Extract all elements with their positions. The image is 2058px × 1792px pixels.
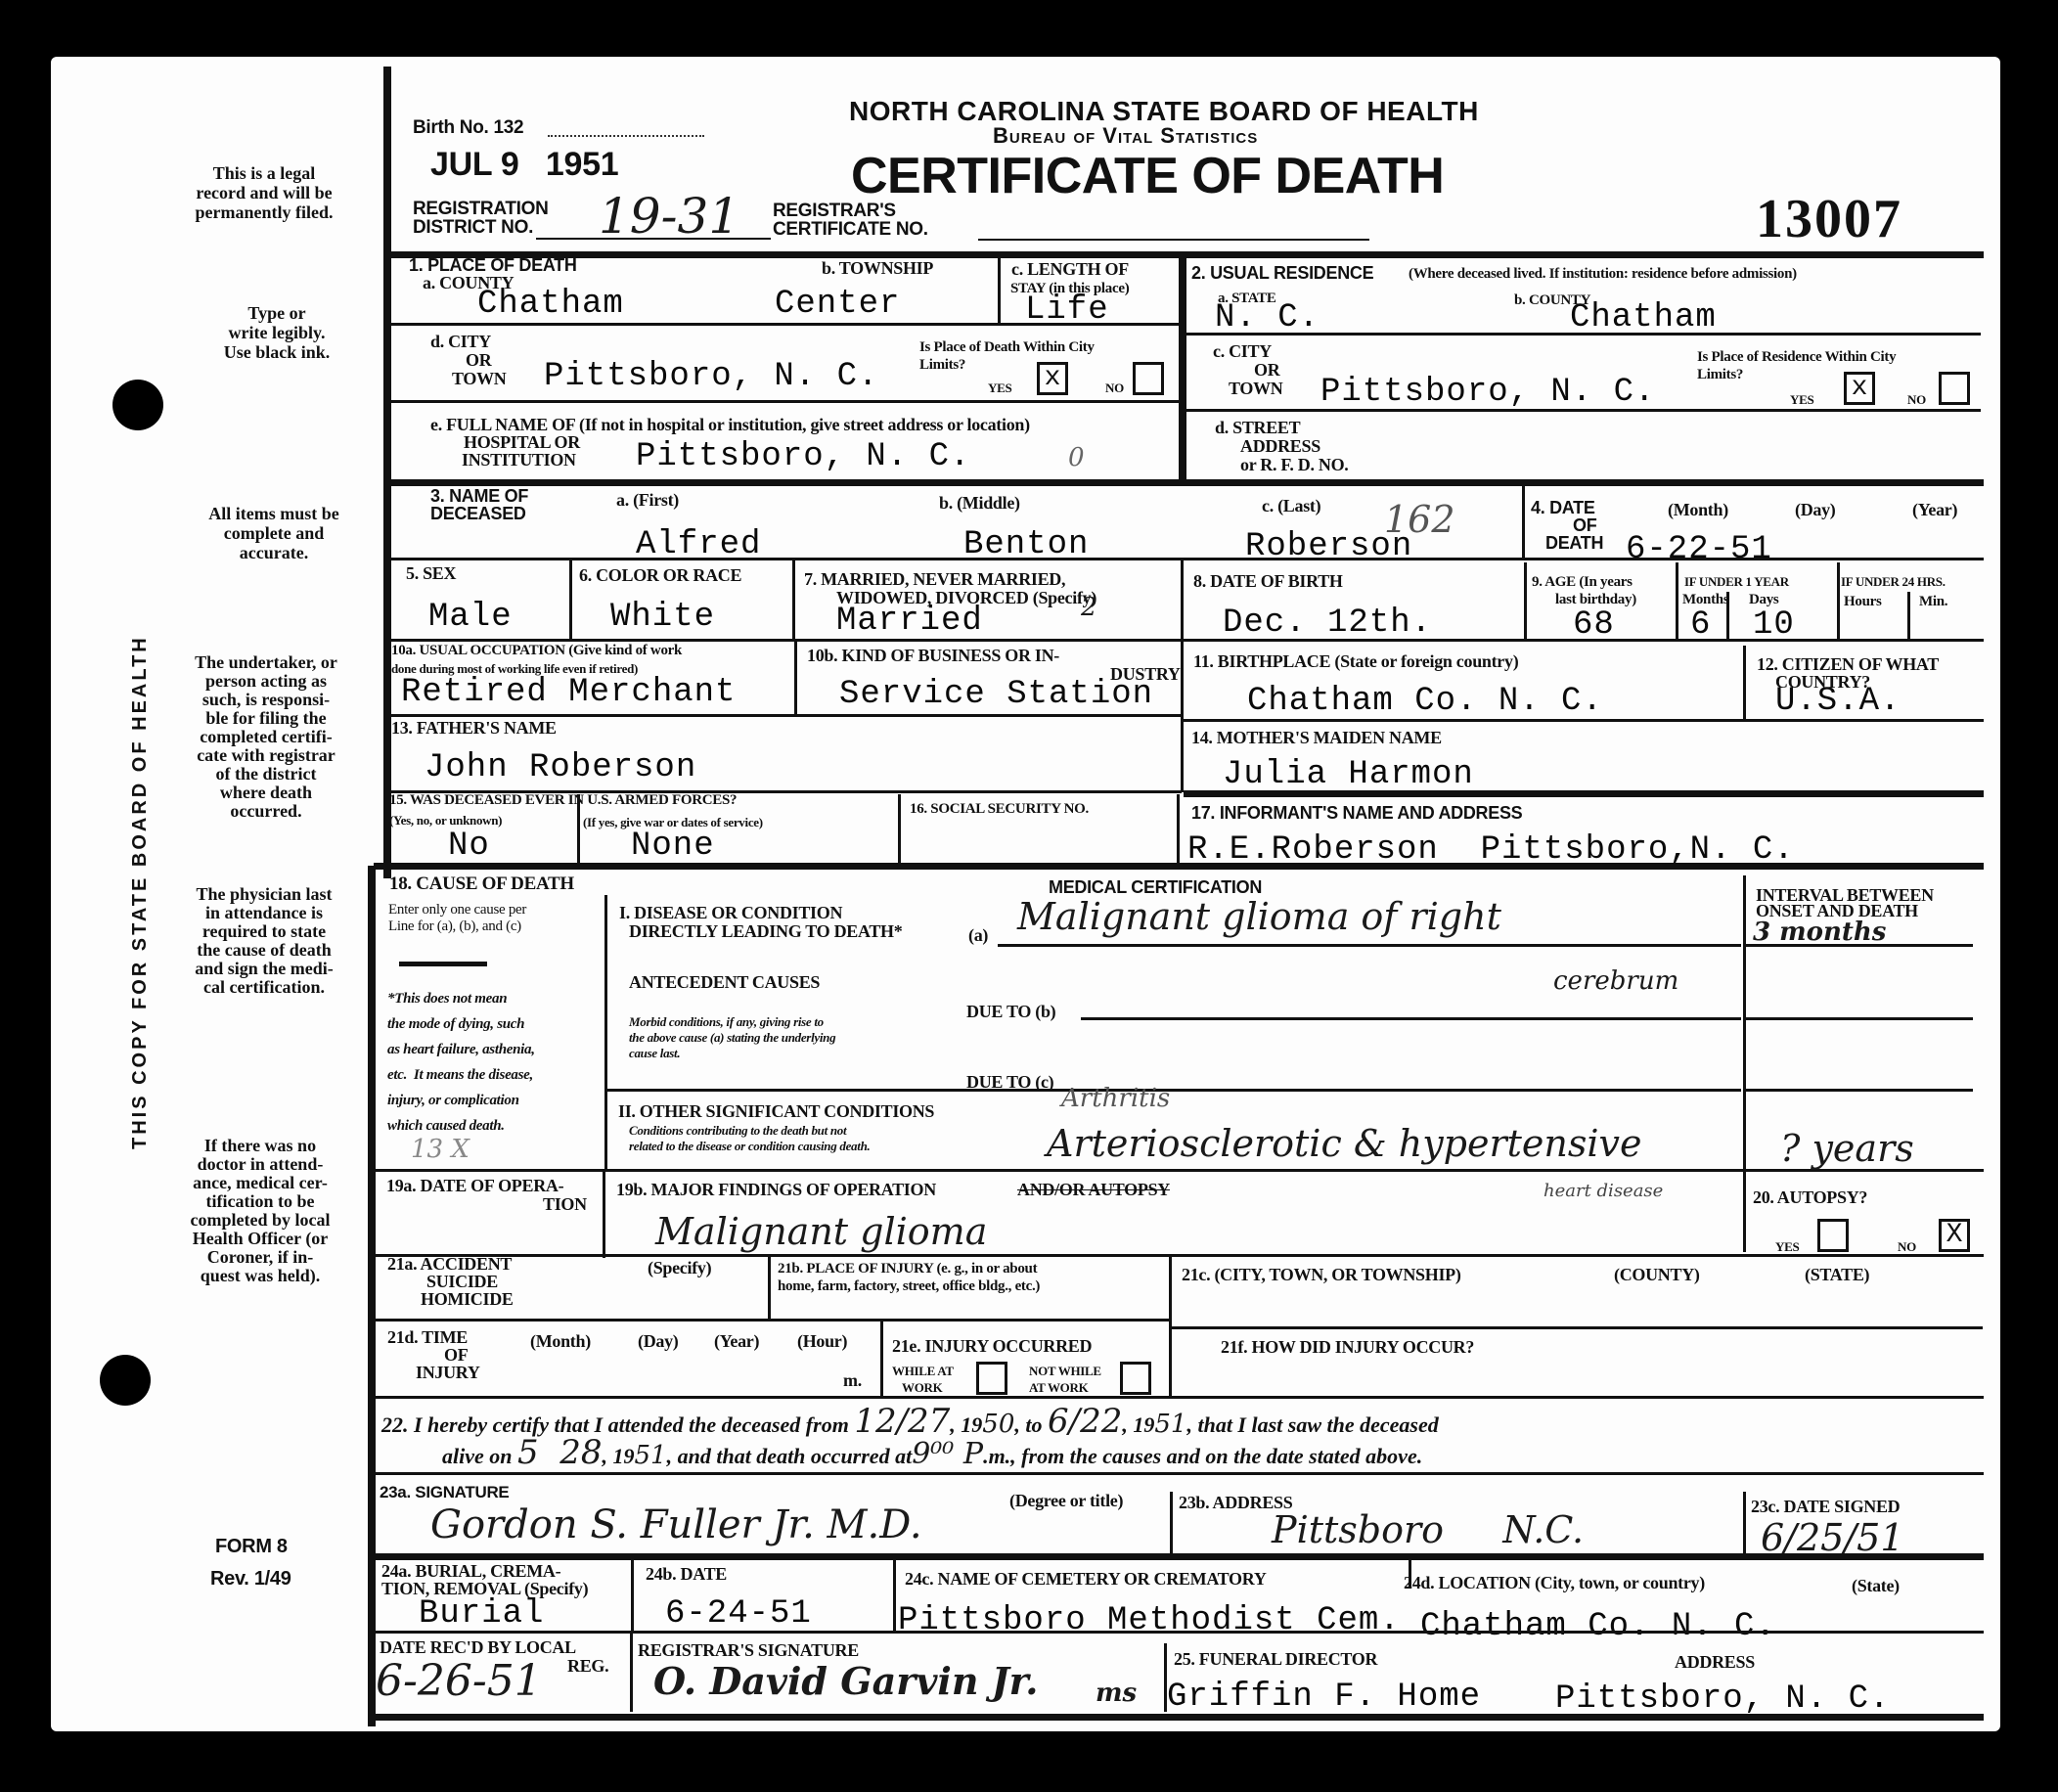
accident-label-1: 21a. ACCIDENT (387, 1255, 512, 1273)
injury-occurred-label: 21e. INJURY OCCURRED (892, 1337, 1092, 1355)
hours-label: Hours (1844, 595, 1882, 609)
injury-time-label-3: INJURY (416, 1364, 480, 1381)
physician-address-value: Pittsboro N.C. (1272, 1511, 1584, 1548)
divider-16-17 (1177, 794, 1180, 863)
divider-date-of-death (1522, 484, 1525, 560)
divider-8-9 (1524, 562, 1527, 641)
operation-date-label-2: TION (543, 1195, 587, 1213)
cert-to-year-prefix: , 19 (1122, 1412, 1154, 1437)
sex-value: Male (428, 601, 513, 634)
age-label-2: last birthday) (1555, 593, 1636, 607)
age-days-value: 10 (1753, 608, 1795, 642)
mother-label: 14. MOTHER'S MAIDEN NAME (1191, 729, 1442, 746)
birthplace-value: Chatham Co. N. C. (1247, 685, 1603, 718)
cause-instructions: Enter only one cause per Line for (a), (… (388, 902, 526, 935)
residence-within-limits-yes-checkbox[interactable]: x (1844, 372, 1875, 405)
marital-mark: 2 (1081, 595, 1097, 620)
divider-cause-column (604, 895, 607, 1169)
funeral-director-value: Griffin F. Home (1167, 1680, 1481, 1714)
date-of-death-value: 6-22-51 (1626, 533, 1772, 566)
burial-state-label: (State) (1852, 1577, 1900, 1594)
under-1-year-label: IF UNDER 1 YEAR (1684, 575, 1789, 588)
date-of-death-label-1: 4. DATE (1531, 499, 1595, 516)
injury-place-label-2: home, farm, factory, street, office bldg… (778, 1279, 1040, 1294)
first-name-label: a. (First) (616, 491, 679, 509)
date-signed-label: 23c. DATE SIGNED (1751, 1498, 1900, 1515)
divider-19a-19b (603, 1172, 605, 1258)
injury-day-label: (Day) (638, 1332, 679, 1350)
divider-section-23 (374, 1472, 1984, 1475)
divider-15-16 (898, 794, 901, 863)
cert-alive-year: 51 (635, 1441, 667, 1470)
death-township-value: Center (775, 288, 900, 321)
findings-label: 19b. MAJOR FINDINGS OF OPERATION (616, 1181, 936, 1198)
death-within-limits-no-checkbox[interactable] (1133, 362, 1164, 395)
line-a-label: (a) (968, 926, 988, 944)
death-city-value: Pittsboro, N. C. (544, 360, 878, 393)
date-received-value: 6-26-51 (376, 1663, 542, 1700)
residence-city-value: Pittsboro, N. C. (1320, 376, 1655, 409)
business-label-1: 10b. KIND OF BUSINESS OR IN- (807, 647, 1059, 664)
age-years-value: 68 (1573, 608, 1615, 642)
antecedent-note: Morbid conditions, if any, giving rise t… (629, 1014, 835, 1061)
divider-24a-24b (631, 1557, 634, 1631)
armed-forces-label-1: 15. WAS DECEASED EVER IN U.S. ARMED FORC… (389, 793, 737, 808)
residence-label: 2. USUAL RESIDENCE (1191, 264, 1373, 282)
armed-forces-value: No (448, 829, 490, 863)
length-of-stay-value: Life (1025, 293, 1109, 327)
divider-11-12 (1743, 646, 1746, 719)
registration-district-label-1: REGISTRATION (413, 201, 549, 218)
cert-from-year: 50 (982, 1410, 1014, 1439)
other-conditions-note: Conditions contributing to the death but… (629, 1123, 870, 1154)
date-received-label-2: REG. (567, 1657, 608, 1675)
date-of-death-label-3: DEATH (1545, 534, 1603, 552)
residence-yes-label: YES (1790, 393, 1813, 406)
place-of-death-label: 1. PLACE OF DEATH (409, 256, 577, 274)
at-work-label-2: WORK (902, 1381, 942, 1394)
cert-alive-label: alive on (442, 1444, 513, 1468)
injury-hour-label: (Hour) (797, 1332, 847, 1350)
death-day-label: (Day) (1795, 501, 1836, 518)
death-county-value: Chatham (477, 288, 624, 321)
occupation-label-1: 10a. USUAL OCCUPATION (Give kind of work (391, 644, 682, 658)
within-limits-yes-label: YES (988, 381, 1011, 394)
findings-value: Malignant glioma (655, 1213, 987, 1250)
form-left-border-top (383, 67, 391, 878)
date-of-death-label-2: OF (1573, 516, 1596, 534)
divider-section-25 (374, 1631, 1984, 1634)
line-cause-c (606, 1089, 1741, 1092)
cause-of-death-label: 18. CAUSE OF DEATH (389, 875, 574, 893)
line-cause-a (998, 944, 1741, 947)
hospital-mark: 0 (1068, 445, 1085, 470)
age-months-value: 6 (1690, 608, 1711, 642)
cert-to-label: , to (1014, 1412, 1042, 1437)
sidebar-note-physician: The physician last in attendance is requ… (166, 885, 362, 997)
dob-label: 8. DATE OF BIRTH (1193, 572, 1343, 590)
autopsy-yes-label: YES (1775, 1240, 1799, 1253)
business-value: Service Station (839, 678, 1153, 711)
birth-number-line (548, 135, 704, 137)
injury-place-label-1: 21b. PLACE OF INJURY (e. g., in or about (778, 1262, 1037, 1277)
cert-from-date: 12/27 (854, 1402, 950, 1441)
race-value: White (610, 601, 715, 634)
ssn-label: 16. SOCIAL SECURITY NO. (910, 802, 1089, 817)
divider-10a-10b (794, 641, 797, 714)
findings-struck-label: AND/OR AUTOPSY (1017, 1181, 1170, 1198)
registration-district-number: 19-31 (599, 192, 739, 241)
birthplace-label: 11. BIRTHPLACE (State or foreign country… (1193, 652, 1518, 670)
cert-text-4: .m., from the causes and on the date sta… (983, 1444, 1422, 1468)
operation-date-label-1: 19a. DATE OF OPERA- (386, 1177, 563, 1194)
interval-other-value: ? years (1780, 1130, 1914, 1167)
injury-m-label: m. (843, 1371, 862, 1389)
burial-date-value: 6-24-51 (665, 1597, 812, 1631)
citizen-value: U.S.A. (1775, 685, 1901, 718)
autopsy-no-label: NO (1898, 1240, 1916, 1253)
registrar-cert-line (978, 239, 1369, 241)
deceased-name-label-1: 3. NAME OF (430, 487, 528, 505)
middle-name-label: b. (Middle) (939, 494, 1020, 512)
age-label-1: 9. AGE (In years (1532, 575, 1633, 590)
certificate-number: 13007 (1756, 192, 1902, 246)
divider-23b-23c (1743, 1492, 1746, 1560)
hospital-label-1: e. FULL NAME OF (If not in hospital or i… (430, 416, 1030, 433)
within-limits-label-1: Is Place of Death Within City (919, 340, 1095, 355)
disease-label-1: I. DISEASE OR CONDITION (619, 904, 842, 921)
divider-section-21 (374, 1254, 1984, 1257)
certification-line-2: alive on 5 28, 1951, and that death occu… (442, 1440, 1422, 1469)
form-number: FORM 8 (215, 1538, 288, 1555)
divider-23a-23b (1170, 1492, 1173, 1560)
last-name-label: c. (Last) (1262, 497, 1320, 515)
residence-note: (Where deceased lived. If institution: r… (1409, 267, 1797, 282)
dob-value: Dec. 12th. (1223, 606, 1432, 640)
cert-death-time: 9⁰⁰ P (912, 1437, 983, 1471)
divider-section-3 (387, 479, 1984, 486)
cert-text-3: , and that death occurred at (667, 1444, 913, 1468)
marital-value: Married (836, 605, 983, 638)
received-stamp-date: JUL 9 1951 (430, 147, 618, 182)
date-received-label-1: DATE REC'D BY LOCAL (380, 1638, 576, 1656)
autopsy-no-checkbox[interactable]: X (1939, 1219, 1970, 1252)
divider-1bc (998, 254, 1001, 323)
length-of-stay-label-1: c. LENGTH OF (1011, 260, 1129, 278)
registrar-signature-value: O. David Garvin Jr. (653, 1663, 1038, 1700)
residence-within-limits-no-checkbox[interactable] (1939, 372, 1970, 405)
cause-note-rule (399, 962, 487, 966)
cert-text-1: 22. I hereby certify that I attended the… (381, 1412, 849, 1437)
cert-alive-date: 5 28 (517, 1433, 603, 1472)
residence-city-label-3: TOWN (1229, 380, 1282, 397)
injury-at-work-checkbox[interactable] (976, 1362, 1007, 1395)
divider-row-10 (387, 639, 1984, 642)
armed-service-value: None (631, 829, 715, 863)
form-left-border-bottom (368, 866, 376, 1726)
death-year-label: (Year) (1912, 501, 1957, 518)
divider-received-registrar (630, 1634, 633, 1712)
divider-1d (387, 400, 1180, 403)
divider-hours-min (1907, 592, 1910, 641)
street-label-3: or R. F. D. NO. (1240, 456, 1349, 473)
other-conditions-label: II. OTHER SIGNIFICANT CONDITIONS (618, 1102, 934, 1120)
armed-forces-label-2: (Yes, no, or unknown) (389, 814, 502, 827)
specify-label: (Specify) (648, 1259, 711, 1277)
death-month-label: (Month) (1668, 501, 1728, 518)
injury-county-label: (COUNTY) (1614, 1266, 1700, 1283)
cemetery-label: 24c. NAME OF CEMETERY OR CREMATORY (905, 1570, 1267, 1588)
residence-limits-label-2: Limits? (1697, 368, 1743, 382)
citizen-label-1: 12. CITIZEN OF WHAT (1757, 655, 1939, 673)
sidebar-vertical-text: THIS COPY FOR STATE BOARD OF HEALTH (129, 635, 152, 1149)
injury-how-label: 21f. HOW DID INJURY OCCUR? (1221, 1338, 1474, 1356)
medical-certification-heading: MEDICAL CERTIFICATION (1049, 878, 1262, 896)
name-annotation: 162 (1384, 501, 1455, 538)
street-label-1: d. STREET (1215, 419, 1300, 436)
registration-district-line (536, 238, 771, 240)
divider-21a-21b (768, 1256, 771, 1320)
hospital-value: Pittsboro, N. C. (636, 440, 970, 473)
bureau-name: Bureau of Vital Statistics (993, 123, 1258, 149)
due-to-b-label: DUE TO (b) (966, 1003, 1055, 1020)
divider-9-months (1676, 562, 1678, 641)
first-name-value: Alfred (636, 528, 761, 561)
residence-limits-label-1: Is Place of Residence Within City (1697, 350, 1896, 365)
middle-name-value: Benton (963, 528, 1089, 561)
injury-time-label-2: OF (444, 1346, 468, 1364)
registrar-initials: ms (1096, 1680, 1137, 1706)
due-to-c-label: DUE TO (c) (966, 1073, 1053, 1091)
other-condition-value: Arteriosclerotic & hypertensive (1047, 1125, 1641, 1162)
under-24-hours-label: IF UNDER 24 HRS. (1841, 575, 1946, 588)
divider-interval-column (1743, 875, 1746, 1252)
burial-method-value: Burial (419, 1597, 544, 1631)
burial-location-value: Chatham Co. N. C. (1420, 1610, 1776, 1643)
injury-state-label: (STATE) (1805, 1266, 1869, 1283)
city-label-2: OR (466, 351, 491, 369)
registrar-cert-label-2: CERTIFICATE NO. (773, 221, 928, 239)
signature-label: 23a. SIGNATURE (380, 1484, 509, 1501)
sidebar-note-type: Type or write legibly. Use black ink. (179, 303, 375, 362)
cert-text-2: , that I last saw the deceased (1186, 1412, 1438, 1437)
father-label: 13. FATHER'S NAME (391, 719, 557, 737)
hospital-label-2: HOSPITAL OR (464, 433, 580, 451)
divider-section-19 (374, 1169, 1984, 1172)
divider-5-6 (569, 560, 572, 640)
city-label-3: TOWN (452, 370, 506, 387)
minutes-label: Min. (1919, 595, 1947, 609)
birth-number: Birth No. 132 (413, 119, 523, 137)
not-at-work-label-1: NOT WHILE (1029, 1365, 1101, 1377)
cause-margin-mark: 13 X (411, 1137, 470, 1162)
hospital-label-3: INSTITUTION (462, 451, 576, 469)
race-label: 6. COLOR OR RACE (579, 566, 741, 584)
divider-days-hours (1837, 562, 1840, 641)
injury-city-label: 21c. (CITY, TOWN, OR TOWNSHIP) (1182, 1266, 1461, 1283)
burial-method-label-1: 24a. BURIAL, CREMA- (381, 1562, 560, 1580)
death-within-limits-yes-checkbox[interactable]: x (1037, 362, 1068, 395)
autopsy-yes-checkbox[interactable] (1817, 1219, 1849, 1252)
divider-main-column (1179, 252, 1186, 483)
disease-label-2: DIRECTLY LEADING TO DEATH* (629, 922, 902, 940)
sidebar-note-no-doctor: If there was no doctor in attend- ance, … (162, 1137, 358, 1285)
accident-label-2: SUICIDE (426, 1273, 498, 1290)
cert-from-year-prefix: , 19 (950, 1412, 982, 1437)
antecedent-causes-label: ANTECEDENT CAUSES (629, 973, 820, 991)
cause-a-value: Malignant glioma of right (1017, 898, 1501, 935)
registrar-cert-label-1: REGISTRAR'S (773, 202, 896, 220)
injury-year-label: (Year) (714, 1332, 759, 1350)
punch-hole-bottom (100, 1355, 151, 1406)
registration-district-label-2: DISTRICT NO. (413, 219, 533, 237)
registrar-signature-label: REGISTRAR'S SIGNATURE (638, 1641, 859, 1659)
document-title: CERTIFICATE OF DEATH (851, 147, 1444, 205)
sidebar-note-undertaker: The undertaker, or person acting as such… (168, 653, 364, 821)
interval-a-value: 3 months (1753, 919, 1886, 945)
divider-section-22 (374, 1396, 1984, 1399)
burial-location-label: 24d. LOCATION (City, town, or country) (1404, 1574, 1705, 1591)
line-cause-b (1081, 1017, 1741, 1020)
occupation-value: Retired Merchant (401, 676, 736, 709)
informant-value: R.E.Roberson Pittsboro,N. C. (1187, 833, 1795, 867)
cert-to-date: 6/22 (1048, 1402, 1122, 1441)
cause-note: *This does not mean the mode of dying, s… (387, 986, 535, 1139)
line-interval-b (1746, 1017, 1973, 1020)
divider-row-13 (387, 714, 1182, 717)
cert-to-year: 51 (1154, 1410, 1186, 1439)
divider-21d (374, 1319, 1171, 1322)
informant-label: 17. INFORMANT'S NAME AND ADDRESS (1191, 804, 1522, 822)
divider-24b-24c (893, 1557, 896, 1631)
other-condition-above: Arthritis (1061, 1086, 1170, 1111)
divider-bottom (374, 1714, 1984, 1721)
punch-hole-top (112, 380, 163, 430)
divider-section-24 (374, 1553, 1984, 1560)
residence-city-label-1: c. CITY (1213, 342, 1272, 360)
cert-alive-year-prefix: , 19 (603, 1444, 635, 1468)
township-label: b. TOWNSHIP (822, 259, 933, 277)
cause-a-continuation: cerebrum (1553, 968, 1678, 994)
form-revision: Rev. 1/49 (210, 1570, 291, 1588)
father-value: John Roberson (425, 751, 696, 784)
within-limits-no-label: NO (1105, 381, 1124, 394)
degree-label: (Degree or title) (1009, 1492, 1123, 1509)
autopsy-label: 20. AUTOPSY? (1753, 1188, 1867, 1206)
mother-value: Julia Harmon (1223, 758, 1474, 791)
sidebar-note-complete: All items must be complete and accurate. (176, 504, 372, 562)
city-label-1: d. CITY (430, 333, 491, 350)
divider-21d-21e (880, 1321, 883, 1397)
line-interval-c (1746, 1089, 1973, 1092)
injury-month-label: (Month) (530, 1332, 591, 1350)
sex-label: 5. SEX (406, 564, 456, 582)
divider-6-7 (792, 560, 795, 640)
street-label-2: ADDRESS (1240, 437, 1320, 455)
residence-no-label: NO (1907, 393, 1926, 406)
injury-not-at-work-checkbox[interactable] (1120, 1362, 1151, 1395)
residence-state-value: N. C. (1215, 301, 1320, 335)
residence-city-label-2: OR (1254, 361, 1279, 379)
sidebar-note-legal: This is a legal record and will be perma… (166, 163, 362, 222)
physician-signature: Gordon S. Fuller Jr. M.D. (430, 1506, 922, 1544)
injury-time-label-1: 21d. TIME (387, 1328, 468, 1346)
date-signed-value: 6/25/51 (1761, 1519, 1904, 1556)
months-label: Months (1682, 593, 1728, 607)
within-limits-label-2: Limits? (919, 358, 965, 373)
marital-label-1: 7. MARRIED, NEVER MARRIED, (804, 570, 1065, 588)
residence-county-value: Chatham (1570, 301, 1717, 335)
funeral-director-label: 25. FUNERAL DIRECTOR (1174, 1650, 1377, 1668)
funeral-address-label: ADDRESS (1675, 1653, 1755, 1671)
accident-label-3: HOMICIDE (421, 1290, 514, 1308)
divider-21f (1171, 1326, 1983, 1329)
burial-date-label: 24b. DATE (646, 1565, 727, 1583)
divider-7-8 (1181, 560, 1184, 792)
deceased-name-label-2: DECEASED (430, 505, 526, 522)
days-label: Days (1749, 593, 1778, 607)
at-work-label-1: WHILE AT (892, 1365, 954, 1377)
other-condition-below: heart disease (1543, 1179, 1663, 1204)
funeral-address-value: Pittsboro, N. C. (1555, 1682, 1890, 1716)
not-at-work-label-2: AT WORK (1029, 1381, 1088, 1394)
